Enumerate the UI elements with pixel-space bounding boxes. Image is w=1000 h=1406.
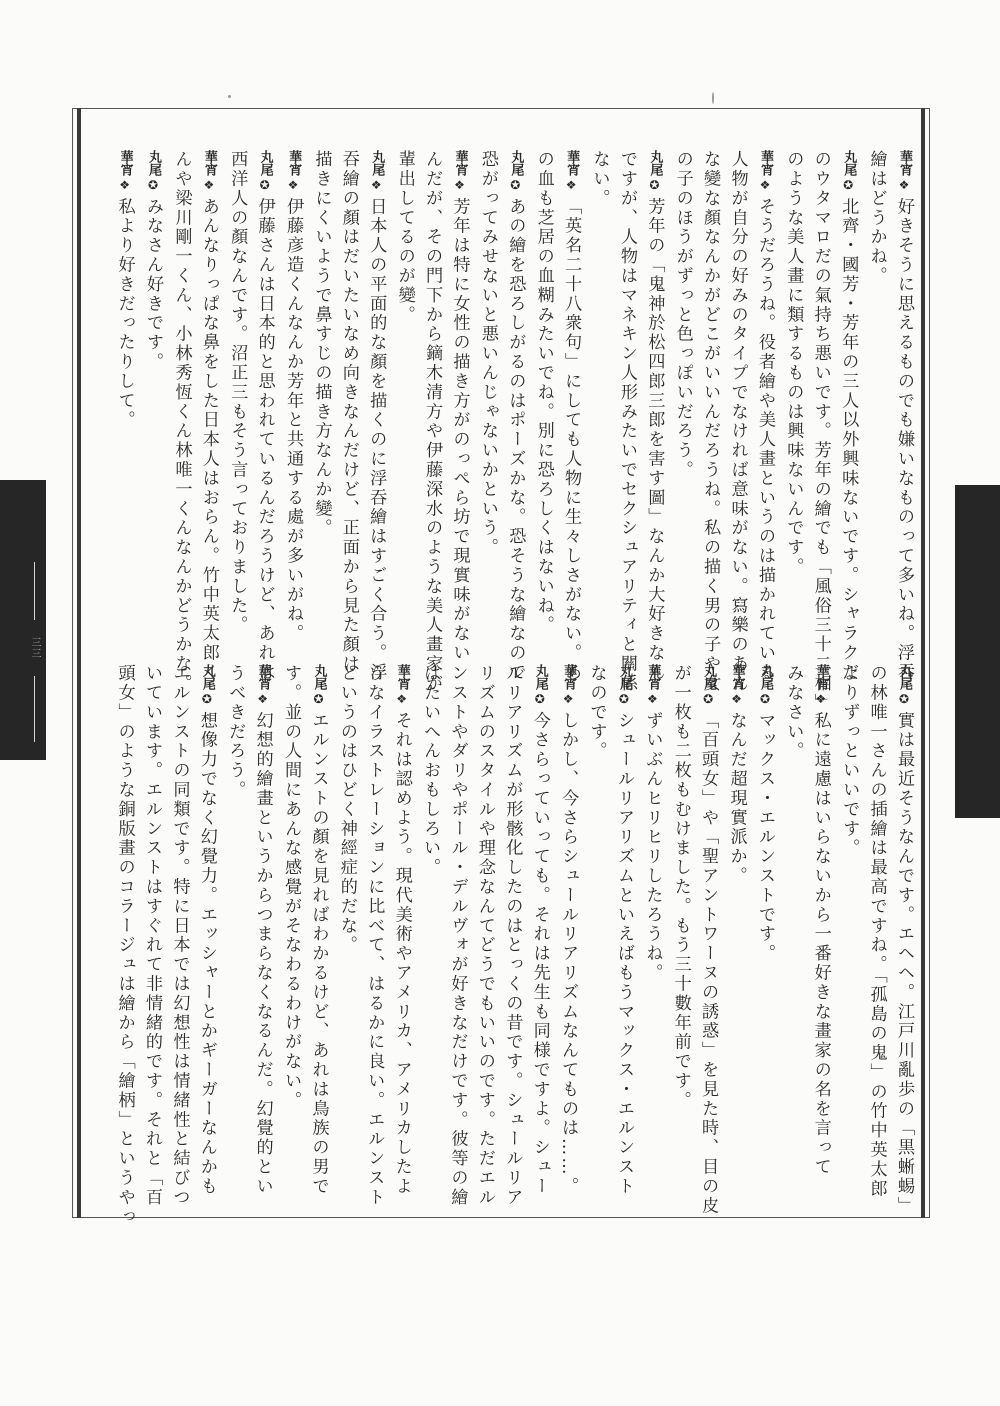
line-text: んや梁川剛一くん、小林秀恆くん林唯一くんなんかどうかな。 <box>171 150 191 693</box>
line-text: あの繪を恐ろしがるのはポーズかな。恐そうな繪なので <box>505 197 525 682</box>
star-circle-marker-icon: ✪ <box>647 178 661 194</box>
speaker-name: 華宵 <box>645 664 660 690</box>
speaker-name: 丸尾 <box>258 150 273 176</box>
dialogue-line: んだが、その門下から鏑木清方や伊藤深水のような美人畫家が <box>418 150 445 645</box>
star-circle-marker-icon: ✪ <box>533 692 547 708</box>
speaker-name: 丸尾 <box>701 664 716 690</box>
diamond-marker-icon: ❖ <box>730 692 744 708</box>
line-text: はたいへんおもしろい。 <box>420 664 440 877</box>
dialogue-line: 丸尾✪あの繪を恐ろしがるのはポーズかな。恐そうな繪なので <box>501 150 529 645</box>
dialogue-line: 丸尾❖日本人の平面的な顏を描くのに浮吞繪はすごく合う。浮 <box>362 150 390 645</box>
dialogue-line: うべきだろう。 <box>221 664 248 1154</box>
scan-speck <box>712 92 714 104</box>
line-text: 私より好きだったりして。 <box>115 197 135 430</box>
scan-speck <box>228 95 231 98</box>
speaker-name: 丸尾 <box>533 664 548 690</box>
dialogue-line: 華宵❖「英名二十八衆句」にしても人物に生々しさがない。あ <box>557 150 585 645</box>
line-text: ない。 <box>590 150 610 208</box>
speaker-name: 丸尾 <box>311 664 326 690</box>
line-text: 「英名二十八衆句」にしても人物に生々しさがない。あ <box>561 197 581 682</box>
speaker-name: 華宵 <box>897 150 912 176</box>
dialogue-line: の林唯一さんの插繪は最高ですね。「孤島の鬼」の竹中英太郎 <box>862 664 889 1154</box>
diamond-marker-icon: ❖ <box>758 178 772 194</box>
dialogue-line: の血も芝居の血糊みたいでね。別に恐ろしくはないね。 <box>529 150 556 645</box>
left-margin-tab: 三三 <box>0 480 46 760</box>
dialogue-line: ですが、人物はマネキン人形みたいでセクシュアリティと關係 <box>613 150 640 645</box>
line-text: エルンストの同類です。特に日本では幻想性は情緒性と結びつ <box>169 664 189 1207</box>
page-number: 三三 <box>28 628 42 668</box>
dialogue-line: 華宵❖幻想的繪畫というからつまらなくなるんだ。幻覺的とい <box>248 664 276 1154</box>
right-margin-tab <box>955 485 1000 818</box>
line-text: あんなりっぱな鼻をした日本人はおらん。竹中英太郎く <box>199 197 219 682</box>
speaker-name: 丸尾 <box>841 150 856 176</box>
line-text: 日本人の平面的な顏を描くのに浮吞繪はすごく合う。浮 <box>366 197 386 682</box>
speaker-name: 華宵 <box>564 150 579 176</box>
line-text: 繪はどうかね。 <box>867 150 887 286</box>
speaker-name: 華宵 <box>730 664 745 690</box>
speaker-name: 華宵 <box>814 664 829 690</box>
diamond-marker-icon: ❖ <box>369 178 383 194</box>
line-text: ンストやダリやポール・デルヴォが好きなだけです。彼等の繪 <box>448 664 468 1207</box>
speaker-name: 華宵 <box>202 150 217 176</box>
diamond-marker-icon: ❖ <box>564 178 578 194</box>
speaker-name: 華宵 <box>286 150 301 176</box>
line-text: 「百頭女」や「聖アントワーヌの誘惑」を見た時、目の皮 <box>698 711 718 1215</box>
dialogue-line: 華宵❖あんなりっぱな鼻をした日本人はおらん。竹中英太郎く <box>194 150 222 645</box>
line-text: うべきだろう。 <box>225 664 245 800</box>
dialogue-line: 恐がってみせないと悪いんじゃないかという。 <box>474 150 501 645</box>
speaker-name: 丸尾 <box>897 664 912 690</box>
dialogue-line: 丸尾✪マックス・エルンストです。 <box>751 664 779 1154</box>
line-text: リズムのスタイルや理念なんてどうでもいいのです。ただエル <box>475 664 495 1207</box>
line-text: ずいぶんヒリヒリしたろうね。 <box>642 711 662 983</box>
dialogue-line: の子のほうがずっと色っぽいだろう。 <box>668 150 695 645</box>
line-text: 芳年は特に女性の描き方がのっぺら坊で現實味がない <box>450 197 470 663</box>
dialogue-line: ンストやダリやポール・デルヴォが好きなだけです。彼等の繪 <box>443 664 470 1154</box>
dialogue-line: 丸尾✪みなさん好きです。 <box>139 150 167 645</box>
line-text: な變な顏なんかがどこがいいんだろうね。私の描く男の子や女 <box>700 150 720 693</box>
line-text: 私に遠慮はいらないから一番好きな畫家の名を言って <box>811 711 831 1177</box>
diamond-marker-icon: ❖ <box>897 178 911 194</box>
dialogue-line: 丸尾✪實は最近そうなんです。エヘヘ。江戸川亂歩の「黒蜥蜴」 <box>890 664 918 1154</box>
dialogue-line: 華宵❖しかし、今さらシュールリアリズムなんてものは……。 <box>554 664 582 1154</box>
dialogue-line: 描きにくいようで鼻すじの描き方なんか變。 <box>307 150 334 645</box>
star-circle-marker-icon: ✪ <box>311 692 325 708</box>
line-text: 幻想的繪畫というからつまらなくなるんだ。幻覺的とい <box>253 711 273 1196</box>
line-text: 好きそうに思えるものでも嫌いなものって多いね。浮吞 <box>894 197 914 682</box>
dialogue-line: 華宵❖芳年は特に女性の描き方がのっぺら坊で現實味がない <box>445 150 473 645</box>
dialogue-line: な變な顏なんかがどこがいいんだろうね。私の描く男の子や女 <box>696 150 723 645</box>
line-text: 今さらっていっても。それは先生も同様ですよ。シュー <box>530 711 550 1196</box>
dialogue-line: というのはひどく神經症的だな。 <box>332 664 359 1154</box>
line-text: 頭女」のような銅版畫のコラージュは繪から「繪柄」というやっ <box>115 664 135 1227</box>
line-text: 想像力でなく幻覺力。エッシャーとかギーガーなんかも <box>197 711 217 1196</box>
line-text: ルリアリズムが形骸化したのはとっくの昔です。シュールリア <box>502 664 522 1207</box>
line-text: そうだろうね。役者繪や美人畫というのは描かれている <box>755 197 775 682</box>
line-text: 芳年の「鬼神於松四郎三郎を害す圖」なんか大好きなん <box>644 197 664 682</box>
star-circle-marker-icon: ✪ <box>146 178 160 194</box>
speaker-name: 丸尾 <box>758 664 773 690</box>
dialogue-line: 丸尾✪今さらっていっても。それは先生も同様ですよ。シュー <box>525 664 553 1154</box>
speaker-name: 丸尾 <box>369 150 384 176</box>
dialogue-line: みなさい。 <box>779 664 806 1154</box>
line-text: のような美人畫に類するものは興味ないんです。 <box>783 150 803 577</box>
speaker-name: 丸尾 <box>200 664 215 690</box>
dialogue-line: 華宵❖なんだ超現實派か。 <box>722 664 750 1154</box>
speaker-name: 丸尾 <box>146 150 161 176</box>
dialogue-line: のウタマロだの氣持ち悪いです。芳年の繪でも「風俗三十二相」 <box>806 150 833 645</box>
dialogue-line: が一枚も二枚もむけました。もう三十數年前です。 <box>666 664 693 1154</box>
dialogue-block-top: 華宵❖好きそうに思えるものでも嫌いなものって多いね。浮吞繪はどうかね。丸尾✪北齊… <box>108 150 918 645</box>
star-circle-marker-icon: ✪ <box>701 692 715 708</box>
dialogue-line: 華宵❖私に遠慮はいらないから一番好きな畫家の名を言って <box>806 664 834 1154</box>
speaker-name: 丸尾 <box>617 664 632 690</box>
line-text: というのはひどく神經症的だな。 <box>337 664 357 955</box>
line-text: が一枚も二枚もむけました。もう三十數年前です。 <box>671 664 691 1110</box>
line-text: 輩出してるのが變。 <box>395 150 415 325</box>
margin-rule-bottom <box>34 676 35 742</box>
dialogue-line: 丸尾✪「百頭女」や「聖アントワーヌの誘惑」を見た時、目の皮 <box>694 664 722 1154</box>
star-circle-marker-icon: ✪ <box>508 178 522 194</box>
dialogue-line: 吞繪の顏はだいたいなめ向きなんだけど、正面から見た顏は <box>334 150 361 645</box>
dialogue-line: 華宵❖伊藤彦造くんなんか芳年と共通する處が多いがね。 <box>279 150 307 645</box>
dialogue-line: はたいへんおもしろい。 <box>416 664 443 1154</box>
line-text: す。並の人間にあんな感覺がそなわるわけがない。 <box>281 664 301 1110</box>
dialogue-line: 頭女」のような銅版畫のコラージュは繪から「繪柄」というやっ <box>110 664 137 1154</box>
dialogue-line: ない。 <box>585 150 612 645</box>
dialogue-line: す。並の人間にあんな感覺がそなわるわけがない。 <box>277 664 304 1154</box>
dialogue-line: よりずっといいです。 <box>835 664 862 1154</box>
line-text: のウタマロだの氣持ち悪いです。芳年の繪でも「風俗三十二相」 <box>811 150 831 713</box>
dialogue-line: 丸尾✪シュールリアリズムといえばもうマックス・エルンスト <box>610 664 638 1154</box>
dialogue-line: 丸尾✪エルンストの顏を見ればわかるけど、あれは鳥族の男で <box>304 664 332 1154</box>
dialogue-line: ルリアリズムが形骸化したのはとっくの昔です。シュールリア <box>498 664 525 1154</box>
line-text: の子のほうがずっと色っぽいだろう。 <box>673 150 693 480</box>
dialogue-line: リズムのスタイルや理念なんてどうでもいいのです。ただエル <box>471 664 498 1154</box>
line-text: 北齊・國芳・芳年の三人以外興味ないです。シャラクだ <box>838 197 858 682</box>
diamond-marker-icon: ❖ <box>561 692 575 708</box>
line-text: の血も芝居の血糊みたいでね。別に恐ろしくはないね。 <box>534 150 554 635</box>
dialogue-line: 人物が自分の好みのタイプでなければ意味がない。寫樂のあん <box>723 150 750 645</box>
dialogue-line: 丸尾✪想像力でなく幻覺力。エッシャーとかギーガーなんかも <box>192 664 220 1154</box>
line-text: ですが、人物はマネキン人形みたいでセクシュアリティと關係 <box>617 150 637 693</box>
diamond-marker-icon: ❖ <box>256 692 270 708</box>
line-text: いています。エルンストはすぐれて非情緒的です。それと「百 <box>142 664 162 1207</box>
line-text: シュールリアリズムといえばもうマックス・エルンスト <box>614 711 634 1196</box>
line-text: エルンストの顏を見ればわかるけど、あれは鳥族の男で <box>308 711 328 1196</box>
dialogue-line: 丸尾✪北齊・國芳・芳年の三人以外興味ないです。シャラクだ <box>834 150 862 645</box>
dialogue-line: なのです。 <box>582 664 609 1154</box>
star-circle-marker-icon: ✪ <box>758 692 772 708</box>
diamond-marker-icon: ❖ <box>286 178 300 194</box>
line-text: 人物が自分の好みのタイプでなければ意味がない。寫樂のあん <box>728 150 748 693</box>
star-circle-marker-icon: ✪ <box>258 178 272 194</box>
dialogue-line: 丸尾✪芳年の「鬼神於松四郎三郎を害す圖」なんか大好きなん <box>640 150 668 645</box>
dialogue-line: のような美人畫に類するものは興味ないんです。 <box>779 150 806 645</box>
line-text: しかし、今さらシュールリアリズムなんてものは……。 <box>558 711 578 1196</box>
speaker-name: 華宵 <box>118 150 133 176</box>
diamond-marker-icon: ❖ <box>202 178 216 194</box>
dialogue-line: んや梁川剛一くん、小林秀恆くん林唯一くんなんかどうかな。 <box>167 150 194 645</box>
star-circle-marker-icon: ✪ <box>841 178 855 194</box>
diamond-marker-icon: ❖ <box>118 178 132 194</box>
speaker-name: 華宵 <box>561 664 576 690</box>
dialogue-line: 華宵❖そうだろうね。役者繪や美人畫というのは描かれている <box>751 150 779 645</box>
speaker-name: 華宵 <box>256 664 271 690</box>
diamond-marker-icon: ❖ <box>453 178 467 194</box>
diamond-marker-icon: ❖ <box>814 692 828 708</box>
line-text: それは認めよう。現代美術やアメリカ、アメリカしたよ <box>392 711 412 1196</box>
dialogue-line: うなイラストレーションに比べて、はるかに良い。エルンスト <box>360 664 387 1154</box>
dialogue-line: いています。エルンストはすぐれて非情緒的です。それと「百 <box>138 664 165 1154</box>
line-text: んだが、その門下から鏑木清方や伊藤深水のような美人畫家が <box>422 150 442 693</box>
dialogue-block-bottom: 丸尾✪實は最近そうなんです。エヘヘ。江戸川亂歩の「黒蜥蜴」の林唯一さんの插繪は最… <box>108 664 918 1154</box>
dialogue-line: 華宵❖私より好きだったりして。 <box>110 150 138 645</box>
speaker-name: 華宵 <box>758 150 773 176</box>
line-text: よりずっといいです。 <box>839 664 859 858</box>
line-text: 描きにくいようで鼻すじの描き方なんか變。 <box>311 150 331 538</box>
dialogue-line: 華宵❖好きそうに思えるものでも嫌いなものって多いね。浮吞 <box>890 150 918 645</box>
dialogue-line: 輩出してるのが變。 <box>390 150 417 645</box>
line-text: なのです。 <box>587 664 607 761</box>
dialogue-line: 西洋人の顏なんです。沼正三もそう言っておりました。 <box>223 150 250 645</box>
line-text: みなさい。 <box>783 664 803 761</box>
dialogue-line: 華宵❖ずいぶんヒリヒリしたろうね。 <box>638 664 666 1154</box>
diamond-marker-icon: ❖ <box>645 692 659 708</box>
line-text: 伊藤彦造くんなんか芳年と共通する處が多いがね。 <box>283 197 303 643</box>
line-text: の林唯一さんの插繪は最高ですね。「孤島の鬼」の竹中英太郎 <box>867 664 887 1199</box>
dialogue-line: 華宵❖それは認めよう。現代美術やアメリカ、アメリカしたよ <box>387 664 415 1154</box>
speaker-name: 華宵 <box>453 150 468 176</box>
line-text: 伊藤さんは日本的と思われているんだろうけど、あれは <box>255 197 275 682</box>
line-text: 恐がってみせないと悪いんじゃないかという。 <box>478 150 498 557</box>
star-circle-marker-icon: ✪ <box>200 692 214 708</box>
speaker-name: 丸尾 <box>508 150 523 176</box>
dialogue-line: 繪はどうかね。 <box>862 150 889 645</box>
line-text: マックス・エルンストです。 <box>755 711 775 963</box>
margin-rule-top <box>34 562 35 620</box>
line-text: 吞繪の顏はだいたいなめ向きなんだけど、正面から見た顏は <box>339 150 359 674</box>
line-text: みなさん好きです。 <box>143 197 163 372</box>
star-circle-marker-icon: ✪ <box>617 692 631 708</box>
dialogue-line: 丸尾✪伊藤さんは日本的と思われているんだろうけど、あれは <box>250 150 278 645</box>
star-circle-marker-icon: ✪ <box>897 692 911 708</box>
diamond-marker-icon: ❖ <box>395 692 409 708</box>
speaker-name: 丸尾 <box>647 150 662 176</box>
line-text: 實は最近そうなんです。エヘヘ。江戸川亂歩の「黒蜥蜴」 <box>894 711 914 1215</box>
speaker-name: 華宵 <box>395 664 410 690</box>
dialogue-line: エルンストの同類です。特に日本では幻想性は情緒性と結びつ <box>165 664 192 1154</box>
line-text: うなイラストレーションに比べて、はるかに良い。エルンスト <box>364 664 384 1207</box>
line-text: 西洋人の顏なんです。沼正三もそう言っておりました。 <box>227 150 247 635</box>
line-text: なんだ超現實派か。 <box>727 711 747 886</box>
